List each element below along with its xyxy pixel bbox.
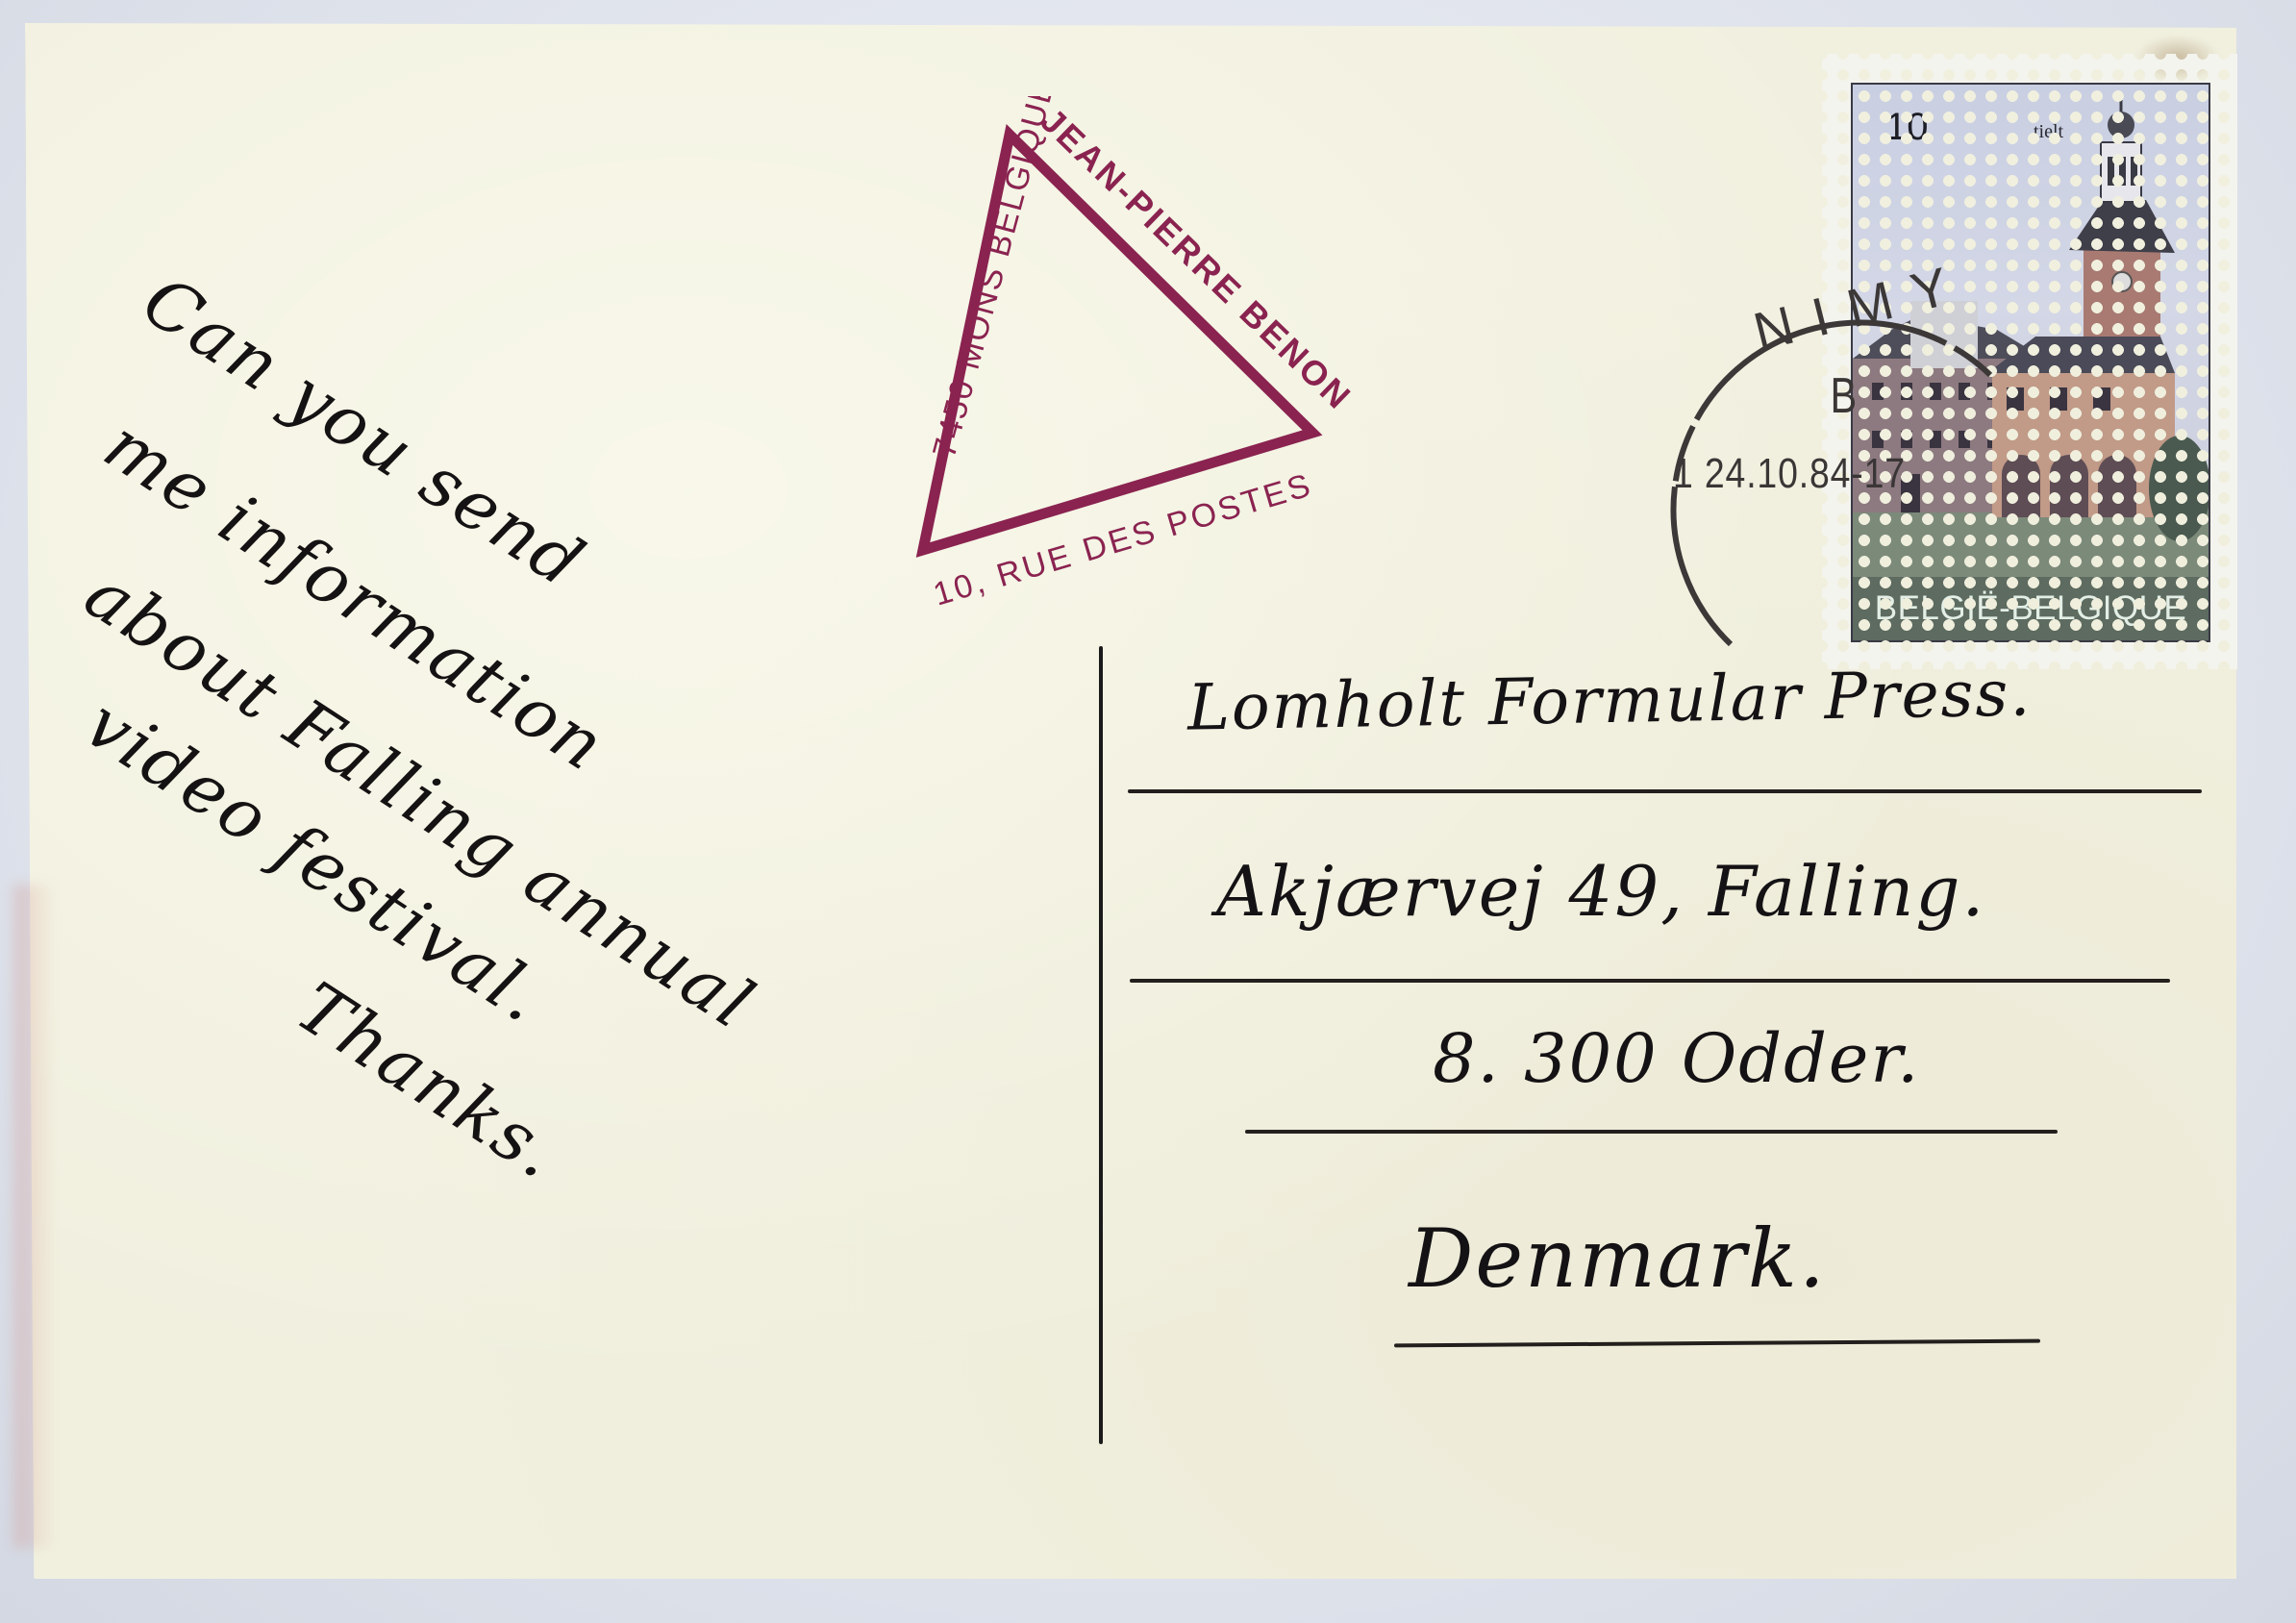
town-hall-illustration [1853,85,2209,640]
stamp-frame: 10 tielt BELGIË-BELGIQUE [1851,83,2210,642]
center-divider [1099,646,1103,1444]
address-line-postcode: 8. 300 Odder. [1433,1019,1920,1098]
address-line-street: Akjærvej 49, Falling. [1216,851,1985,932]
address-rule [1130,979,2170,983]
address-line-country: Denmark. [1409,1211,1827,1306]
edge-stain [13,885,52,1548]
postage-stamp: 10 tielt BELGIË-BELGIQUE [1822,54,2237,669]
stamp-country: BELGIË-BELGIQUE [1853,577,2209,640]
stamp-value: 10 [1885,106,1929,149]
address-rule [1245,1130,2058,1134]
address-line-recipient: Lomholt Formular Press. [1186,656,2033,744]
address-rule [1128,789,2202,793]
stamp-place: tielt [2034,121,2063,143]
handwritten-message: Can you send me information about Fallin… [154,260,1067,1317]
